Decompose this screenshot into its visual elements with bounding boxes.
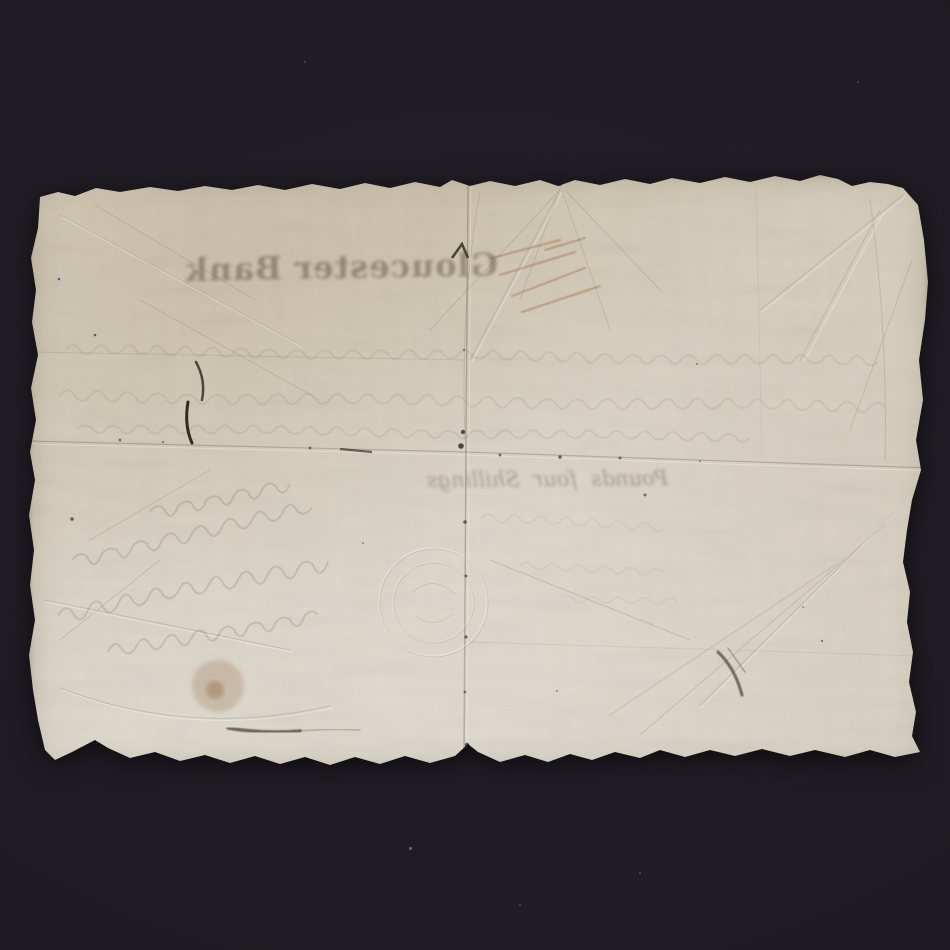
photo-stage: Gloucester Bank Pounds four Shillings [0,0,950,950]
banknote: Gloucester Bank Pounds four Shillings [0,0,950,950]
paper-edge-shading [29,175,928,770]
banknote-clipped-area: Gloucester Bank Pounds four Shillings [0,0,950,950]
